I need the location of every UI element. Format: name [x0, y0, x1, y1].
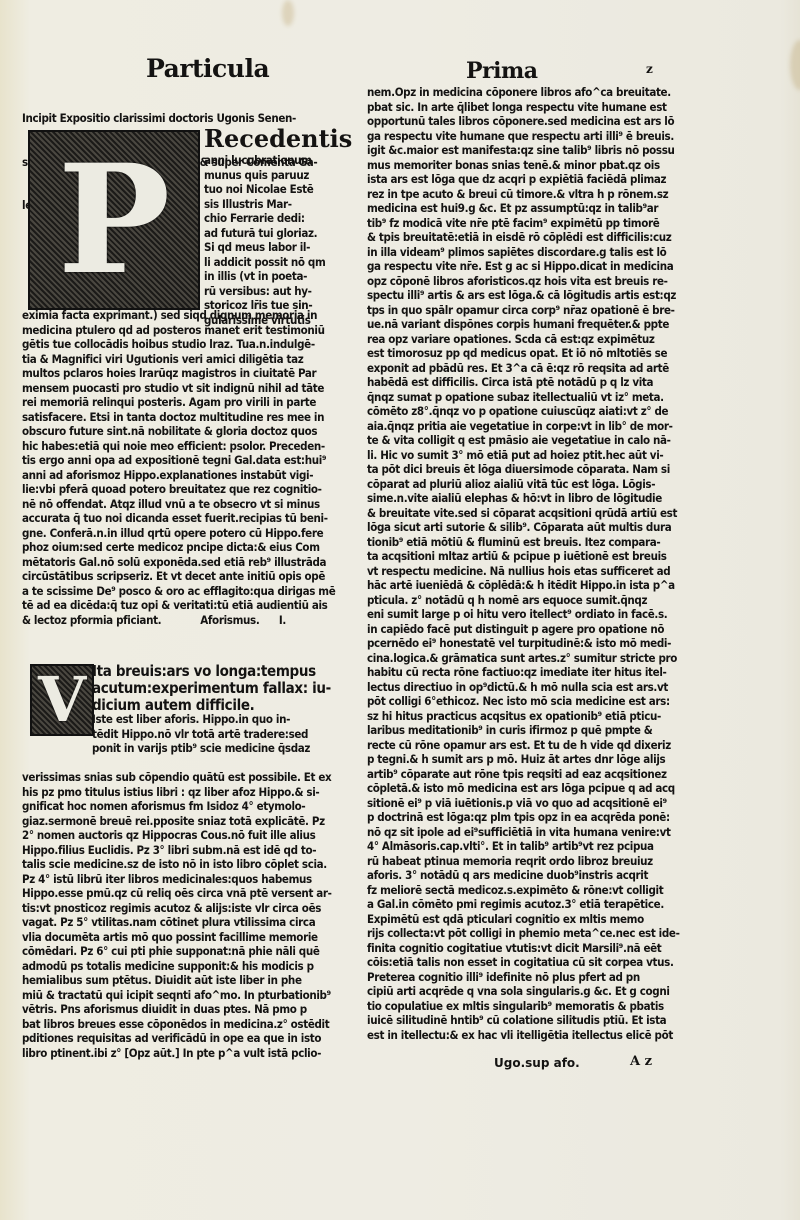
text-line: 2° nomen auctoris qz Hippocras Cous.nō f… — [22, 828, 342, 843]
text-line: cipiū arti acqrēde q vna sola singularis… — [367, 984, 687, 999]
text-line: igit &c.maior est manifesta:qz sine tali… — [367, 143, 687, 158]
text-line: a Gal.in cōmēto pmi regimis acutoz.3° et… — [367, 897, 687, 912]
text-line: admodū ps totalis medicine supponit:& hi… — [22, 959, 342, 974]
text-line: Ita breuis:ars vo longa:tempus — [92, 663, 412, 680]
text-line: gnificat hoc nomen aforismus fm Isidoz 4… — [22, 799, 342, 814]
text-line: cōparat ad pluriū alioz aialiū vitā tūc … — [367, 477, 687, 492]
text-line: pditiones requisitas ad verificādū in op… — [22, 1031, 342, 1046]
commentary-right-column: nem.Opz in medicina cōponere libros afo^… — [367, 85, 687, 1042]
text-line: tia & Magnifici viri Ugutionis veri amic… — [22, 352, 342, 367]
text-line: pticula. z° notādū q h nomē ars equoce s… — [367, 593, 687, 608]
text-line: Expimētū est qdā pticulari cognitio ex m… — [367, 912, 687, 927]
text-line: multos pclaros hoies lrarūqz magistros i… — [22, 366, 342, 381]
lead-word: Recedentis — [204, 124, 352, 153]
text-line: medicina ptulero qd ad posteros manet er… — [22, 323, 342, 338]
text-line: Pz 4° istū librū iter libros medicinales… — [22, 872, 342, 887]
text-line: spectu illi⁹ artis & ars est lōga.& cā l… — [367, 288, 687, 303]
text-line: lie:vbi pferā quoad potero breuitatez qu… — [22, 482, 342, 497]
text-line: his pz pmo titulus istius libri : qz lib… — [22, 785, 342, 800]
text-line: p tegni.& h sumit ars p mō. Huiz āt arte… — [367, 752, 687, 767]
text-line: vagat. Pz 5° vtilitas.nam cōtinet plura … — [22, 915, 342, 930]
text-line: a te scissime De⁹ posco & oro ac efflagi… — [22, 584, 342, 599]
text-line: mensem puocasti pro studio vt sit indign… — [22, 381, 342, 396]
text-line: lectus directiuo in op⁹dictū.& h mō null… — [367, 680, 687, 695]
text-line: tionib⁹ etiā mōtiū & fluminū est breuis.… — [367, 535, 687, 550]
text-line: rei memoriā relinqui posteris. Agam pro … — [22, 395, 342, 410]
text-line: tis:vt pnosticoz regimis acutoz & alijs:… — [22, 901, 342, 916]
text-line: rijs collecta:vt pōt colligi in phemio m… — [367, 926, 687, 941]
commentary-left-column: verissimas snias sub cōpendio quātū est … — [22, 770, 342, 1060]
text-line: nē nō offendat. Atqz illud vnū a te obse… — [22, 497, 342, 512]
text-line: pcernēdo ei⁹ honestatē vel turpitudinē:&… — [367, 636, 687, 651]
text-line: ponit in varijs ptib⁹ scie medicine q̄sd… — [92, 741, 412, 756]
decorated-initial-v: V — [30, 664, 94, 736]
text-line: cōmēto z8°.q̄nqz vo p opatione cuiuscūqz… — [367, 404, 687, 419]
text-line: miū & tractatū qui icipit seqnti afo^mo.… — [22, 988, 342, 1003]
catchword: Ugo.sup afo. — [494, 1056, 580, 1070]
printed-page: Particula Prima z Incipit Expositio clar… — [0, 0, 800, 1220]
text-line: fz meliorē sectā medicoz.s.expimēto & rō… — [367, 883, 687, 898]
running-head-right: Prima — [466, 58, 538, 84]
text-line: Preterea cognitio illi⁹ idefinite nō plu… — [367, 970, 687, 985]
text-line: acutum:experimentum fallax: iu- — [92, 680, 412, 697]
text-line: phoz oium:sed certe medicoz pncipe dicta… — [22, 540, 342, 555]
text-line: 4° Almāsoris.cap.vlti°. Et in talib⁹ art… — [367, 839, 687, 854]
text-line: tē ad ea dicēda:q̄ tuz opi & veritati:tū… — [22, 598, 342, 613]
aphorism-text: Ita breuis:ars vo longa:tempusacutum:exp… — [92, 663, 412, 714]
text-line: rea opz variare opationes. Scda cā est:q… — [367, 332, 687, 347]
initial-letter: V — [38, 669, 86, 731]
text-line: ista ars est lōga que dz acqri p expiēti… — [367, 172, 687, 187]
text-line: opz cōponē libros aforisticos.qz hois vi… — [367, 274, 687, 289]
text-line: recte cū rōne opamur ars est. Et tu de h… — [367, 738, 687, 753]
text-line: aforis. 3° notādū q ars medicine duob⁹in… — [367, 868, 687, 883]
text-line: iuicē silitudinē hntib⁹ cū colatione sil… — [367, 1013, 687, 1028]
text-line: bat libros breues esse cōponēdos in medi… — [22, 1017, 342, 1032]
text-line: vlia documēta artis mō quo possint facil… — [22, 930, 342, 945]
commentary-beside-initial: Iste est liber aforis. Hippo.in quo in-t… — [92, 712, 412, 756]
text-line: q̄nqz sumat p opatione subaz itellectual… — [367, 390, 687, 405]
text-line: lōga sicut arti sutorie & silib⁹. Cōpara… — [367, 520, 687, 535]
text-line: accurata q̄ tuo noi dicanda esset fuerit… — [22, 511, 342, 526]
text-line: tib⁹ fz modicā vite nr̄e ptē facim⁹ expi… — [367, 216, 687, 231]
text-line: ta acqsitioni mltaz artiū & pcipue p iuē… — [367, 549, 687, 564]
initial-letter: P — [58, 145, 171, 295]
text-line: sitionē ei⁹ p viā iuētionis.p viā vo quo… — [367, 796, 687, 811]
text-line: aia.q̄nqz pritia aie vegetatiue in corpe… — [367, 419, 687, 434]
text-line: satisfacere. Etsi in tanta doctoz multit… — [22, 410, 342, 425]
text-line: talis scie medicine.sz de isto nō in ist… — [22, 857, 342, 872]
text-line: laribus meditationib⁹ in curis ifirmoz p… — [367, 723, 687, 738]
text-line: tps in quo spālr opamur circa corp⁹ nr̄a… — [367, 303, 687, 318]
text-line: giaz.sermonē breuē rei.pposite sniaz tot… — [22, 814, 342, 829]
text-line: p doctrinā est lōga:qz plm tpis opz in e… — [367, 810, 687, 825]
folio-number: z — [646, 62, 653, 76]
text-line: gne. Conferā.n.in illud qrtū opere poter… — [22, 526, 342, 541]
text-line: finita cognitio cogitatiue vtutis:vt dic… — [367, 941, 687, 956]
text-line: vētris. Pns aforismus diuidit in duas pt… — [22, 1002, 342, 1017]
text-line: est timorosuz pp qd medicus opat. Et iō … — [367, 346, 687, 361]
text-line: cina.logica.& grāmatica sunt artes.z° su… — [367, 651, 687, 666]
text-line: cōis:etiā talis non esset in cogitatiua … — [367, 955, 687, 970]
paper-stain — [790, 40, 800, 90]
text-line: est in itellectu:& ex hac vli itelligēti… — [367, 1028, 687, 1043]
text-line: hic habes:etiā qui noie meo efficient: p… — [22, 439, 342, 454]
text-line: opportunū tales libros cōponere.sed medi… — [367, 114, 687, 129]
text-line: ue.nā variant dispōnes corpis humani fre… — [367, 317, 687, 332]
text-line: in capiēdo facē put distinguit p agere p… — [367, 622, 687, 637]
text-line: rez in tpe acuto & breui cū timore.& vlt… — [367, 187, 687, 202]
text-line: habēdā est difficilis. Circa istā ptē no… — [367, 375, 687, 390]
text-line: nem.Opz in medicina cōponere libros afo^… — [367, 85, 687, 100]
text-line: ga respectu vite humane que respectu art… — [367, 129, 687, 144]
text-line: mus memoriter bonas snias tenē.& minor p… — [367, 158, 687, 173]
text-line: hemialibus sum ptētus. Diuidit aūt iste … — [22, 973, 342, 988]
text-line: & tpis breuitatē:etiā in eisdē rō cōplēd… — [367, 230, 687, 245]
text-line: Hippo.filius Euclidis. Pz 3° libri subm.… — [22, 843, 342, 858]
text-line: sz hi hitus practicus acqsitus ex opatio… — [367, 709, 687, 724]
text-line: vt respectu medicine. Nā nullius hois et… — [367, 564, 687, 579]
text-line: Hippo.esse pmū.qz cū reliq oēs circa vnā… — [22, 886, 342, 901]
paper-stain — [282, 0, 294, 26]
text-line: rū habeat ptinua memoria reqrit ordo lib… — [367, 854, 687, 869]
text-line: anni ad aforismoz Hippo.explanationes in… — [22, 468, 342, 483]
text-line: cōpletā.& isto mō medicina est ars lōga … — [367, 781, 687, 796]
text-line: Iste est liber aforis. Hippo.in quo in- — [92, 712, 412, 727]
text-line: pbat sic. In arte q̄libet longa respectu… — [367, 100, 687, 115]
text-line: habitu cū recta rōne factiuo:qz imediate… — [367, 665, 687, 680]
text-line: & lectoz pformia pficiant. Aforismus. I. — [22, 613, 342, 628]
decorated-initial-p: P — [28, 130, 200, 310]
preface-continued: eximia facta exprimant.) sed siqd dignum… — [22, 308, 342, 627]
text-line: eni sumit large p oi hitu vero itellect⁹… — [367, 607, 687, 622]
text-line: libro ptinent.ibi z° [Opz aūt.] In pte p… — [22, 1046, 342, 1061]
running-head-left: Particula — [146, 54, 269, 83]
text-line: verissimas snias sub cōpendio quātū est … — [22, 770, 342, 785]
text-line: tio copulatiue ex mltis singularib⁹ memo… — [367, 999, 687, 1014]
signature-mark: A z — [630, 1054, 652, 1069]
text-line: exponit ad pbādū res. Et 3^a cā ē:qz rō … — [367, 361, 687, 376]
text-line: artib⁹ cōparate aut rōne tpis reqsiti ad… — [367, 767, 687, 782]
text-line: medicina est hui9.g &c. Et pz assumptū:q… — [367, 201, 687, 216]
text-line: in illa videam⁹ plimos sapiētes discorda… — [367, 245, 687, 260]
text-line: hāc artē iueniēdā & cōplēdā:& h itēdit H… — [367, 578, 687, 593]
text-line: ta pōt dici breuis ēt lōga diuersimode c… — [367, 462, 687, 477]
text-line: mētatoris Gal.nō solū exponēda.sed etiā … — [22, 555, 342, 570]
text-line: ga respectu vite nr̄e. Est g ac si Hippo… — [367, 259, 687, 274]
text-line: gētis tue collocādis hoibus studio lraz.… — [22, 337, 342, 352]
text-line: sime.n.vite aialiū elephas & hō:vt in li… — [367, 491, 687, 506]
text-line: tis ergo anni opa ad expositionē tegni G… — [22, 453, 342, 468]
text-line: circūstātibus scripseriz. Et vt decet an… — [22, 569, 342, 584]
text-line: nō qz sit ipole ad ei⁹sufficiētiā in vit… — [367, 825, 687, 840]
text-line: te & vita colligit q est pmāsio aie vege… — [367, 433, 687, 448]
text-line: tēdit Hippo.nō vlr totā artē tradere:sed — [92, 727, 412, 742]
text-line: eximia facta exprimant.) sed siqd dignum… — [22, 308, 342, 323]
text-line: cōmēdari. Pz 6° cui pti phie supponat:nā… — [22, 944, 342, 959]
text-line: li. Hic vo sumit 3° mō etiā put ad hoiez… — [367, 448, 687, 463]
text-line: & breuitate vite.sed si cōparat acqsitio… — [367, 506, 687, 521]
text-line: pōt colligi 6°ethicoz. Nec isto mō scia … — [367, 694, 687, 709]
text-line: obscuro future sint.nā nobilitate & glor… — [22, 424, 342, 439]
